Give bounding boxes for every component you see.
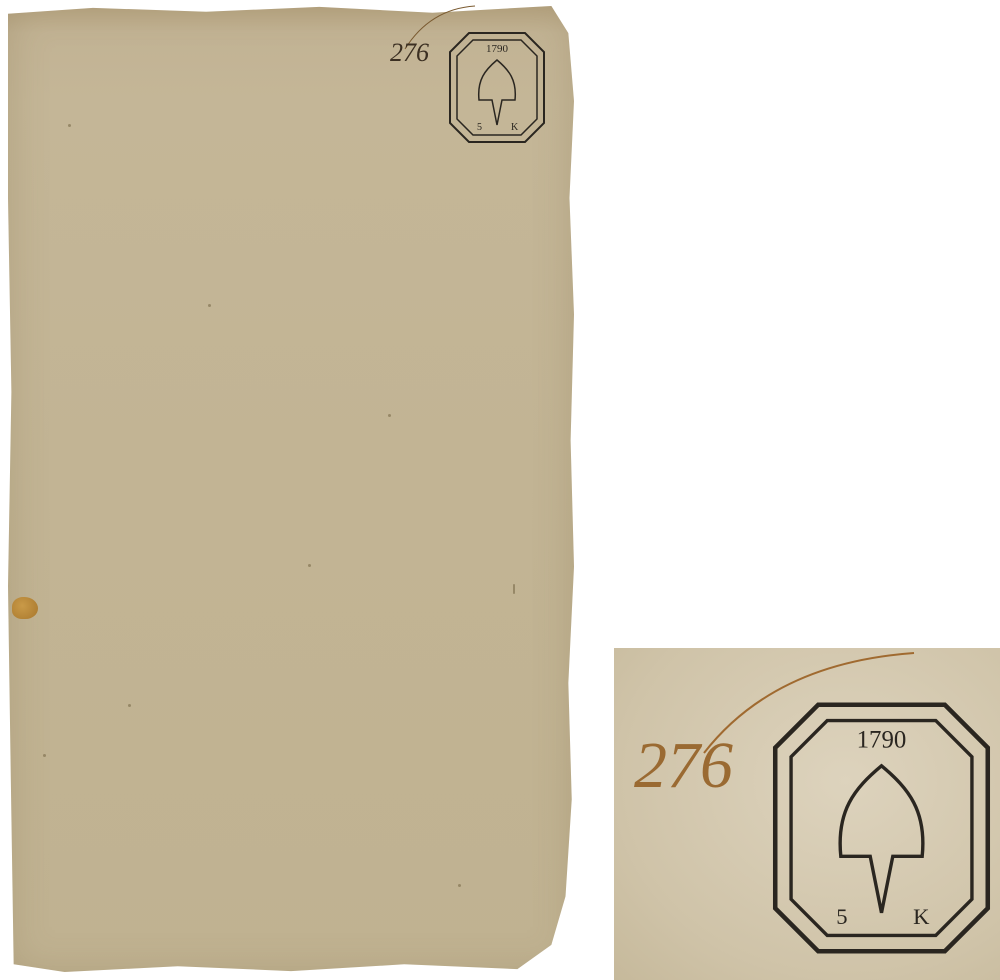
svg-text:5: 5	[477, 122, 482, 133]
stamp-year: 1790	[486, 43, 509, 55]
paper-sheet	[8, 4, 574, 974]
folio-number: 276	[390, 38, 429, 68]
svg-text:K: K	[511, 122, 519, 133]
speck	[388, 414, 391, 417]
speck	[513, 584, 515, 594]
stamp-year: 1790	[857, 727, 907, 754]
stamp-detail-view: 276 1790 5 K	[614, 648, 1000, 980]
speck	[308, 564, 311, 567]
svg-text:5: 5	[836, 904, 847, 929]
folio-number-detail: 276	[634, 728, 733, 804]
speck	[458, 884, 461, 887]
water-stain	[12, 597, 38, 619]
tax-stamp-detail-icon: 1790 5 K	[759, 698, 1000, 958]
speck	[68, 124, 71, 127]
svg-text:K: K	[913, 904, 930, 929]
speck	[128, 704, 131, 707]
speck	[208, 304, 211, 307]
eagle-icon	[479, 60, 516, 125]
speck	[43, 754, 46, 757]
eagle-icon	[840, 766, 923, 913]
tax-stamp-icon: 1790 5 K	[447, 30, 547, 145]
